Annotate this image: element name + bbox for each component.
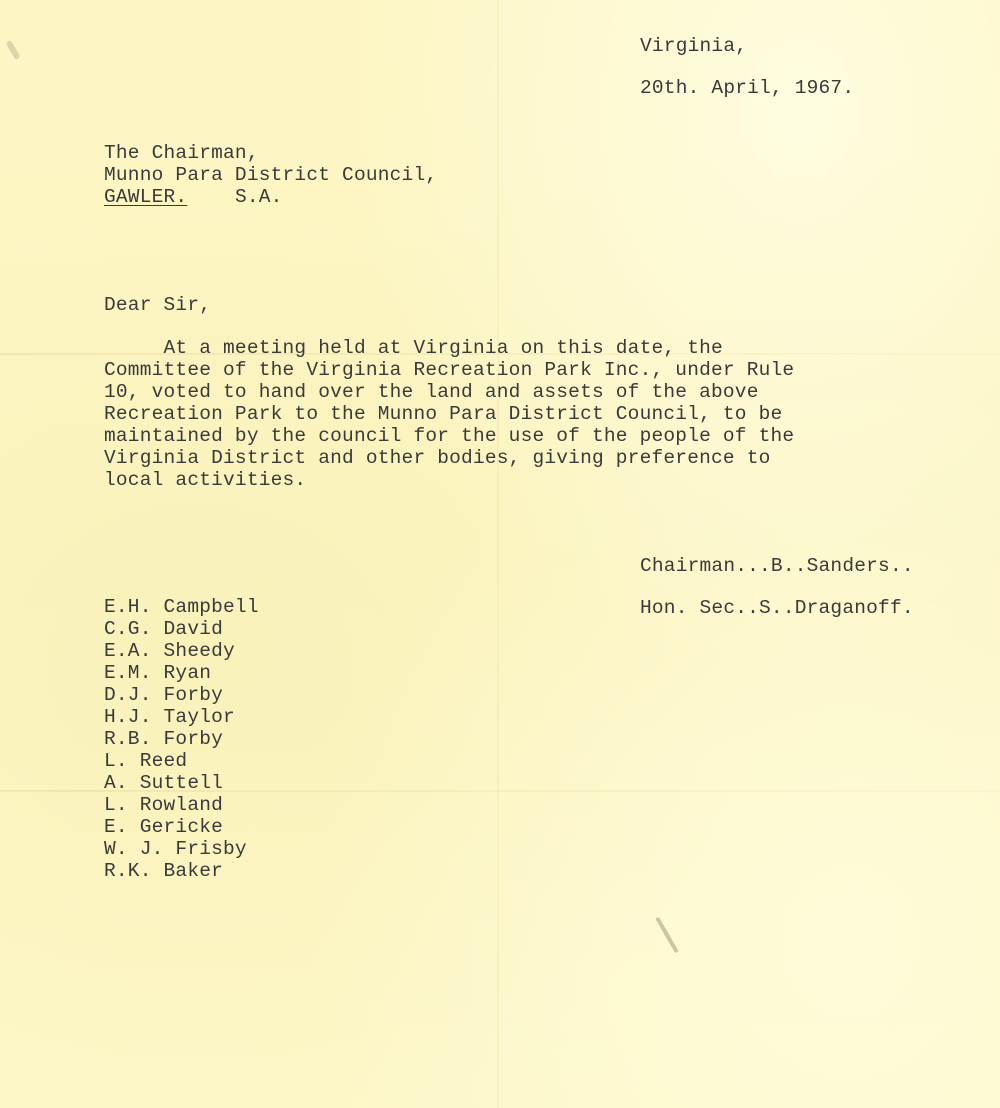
letter-body: At a meeting held at Virginia on this da… — [104, 337, 794, 491]
committee-member: E.H. Campbell — [104, 596, 259, 618]
recipient-city-line: GAWLER. S.A. — [104, 186, 437, 208]
recipient-city: GAWLER. — [104, 186, 187, 208]
secretary-signature: Hon. Sec..S..Draganoff. — [640, 597, 914, 619]
committee-member: R.B. Forby — [104, 728, 259, 750]
committee-member-list: E.H. Campbell C.G. David E.A. Sheedy E.M… — [104, 596, 259, 882]
recipient-address: The Chairman, Munno Para District Counci… — [104, 142, 437, 208]
letter-date: 20th. April, 1967. — [640, 77, 854, 99]
committee-member: E.A. Sheedy — [104, 640, 259, 662]
body-line: Committee of the Virginia Recreation Par… — [104, 359, 794, 381]
committee-member: L. Reed — [104, 750, 259, 772]
committee-member: E.M. Ryan — [104, 662, 259, 684]
recipient-state: S.A. — [235, 186, 283, 208]
recipient-line1: The Chairman, — [104, 142, 437, 164]
committee-member: L. Rowland — [104, 794, 259, 816]
committee-member: C.G. David — [104, 618, 259, 640]
body-line: Virginia District and other bodies, givi… — [104, 447, 794, 469]
fold-crease — [497, 0, 499, 1108]
body-line: At a meeting held at Virginia on this da… — [104, 337, 794, 359]
body-line: 10, voted to hand over the land and asse… — [104, 381, 794, 403]
chairman-signature: Chairman...B..Sanders.. — [640, 555, 914, 577]
recipient-line2: Munno Para District Council, — [104, 164, 437, 186]
committee-member: A. Suttell — [104, 772, 259, 794]
body-line: maintained by the council for the use of… — [104, 425, 794, 447]
committee-member: D.J. Forby — [104, 684, 259, 706]
committee-member: R.K. Baker — [104, 860, 259, 882]
committee-member: H.J. Taylor — [104, 706, 259, 728]
letter-place: Virginia, — [640, 35, 747, 57]
body-line: local activities. — [104, 469, 794, 491]
body-line: Recreation Park to the Munno Para Distri… — [104, 403, 794, 425]
committee-member: W. J. Frisby — [104, 838, 259, 860]
committee-member: E. Gericke — [104, 816, 259, 838]
salutation: Dear Sir, — [104, 294, 211, 316]
